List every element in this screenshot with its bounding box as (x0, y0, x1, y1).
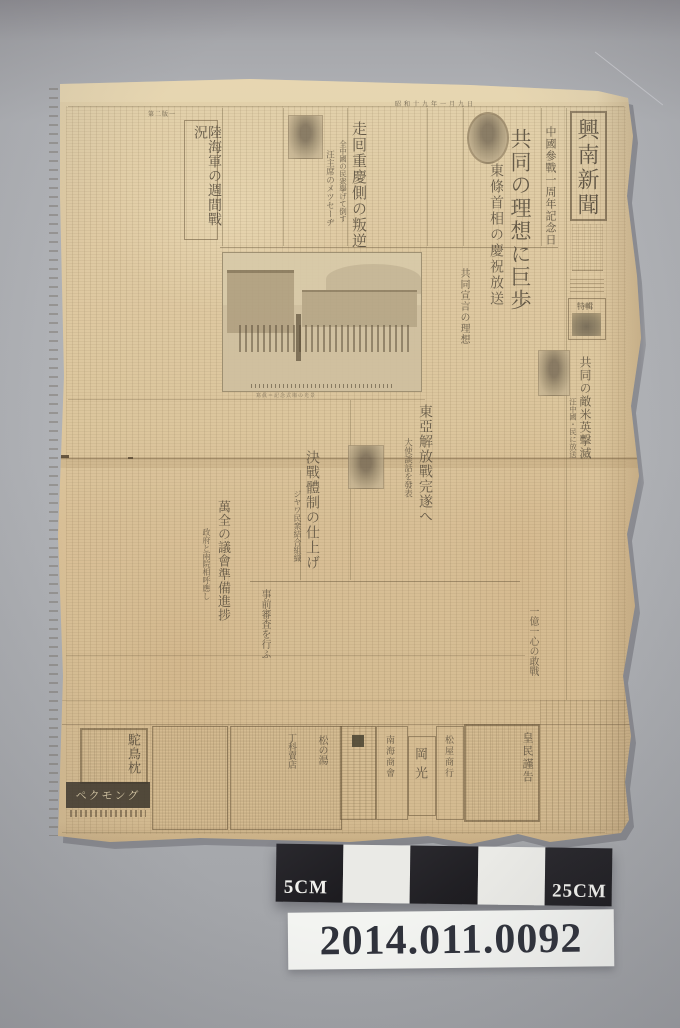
ads-bottom-rule (62, 832, 605, 833)
headline-slogan: 一億一心の敢戰 (527, 606, 537, 676)
section-rule (250, 581, 520, 582)
headline-prior-review: 事前審査を行ふ (259, 589, 269, 659)
photo-building-right (302, 290, 417, 327)
column-rule (541, 108, 542, 246)
scale-bar: 5CM 25CM (276, 844, 613, 907)
headline-east-asia-sub: 大使談話を發表 (404, 438, 413, 498)
ad-box-plain (152, 726, 228, 830)
fold-speck (60, 455, 69, 458)
ad-matsuya-text: 松屋商行 (444, 735, 453, 779)
ad-logo-box (340, 726, 376, 820)
masthead-box: 興南新聞 (570, 111, 607, 221)
scale-bar-segment-white (343, 845, 411, 904)
ad-komin-text: 皇民謹告 (521, 732, 532, 784)
ad-ostrich-pillow: 駝鳥枕 (80, 728, 148, 784)
headline-east-asia: 東亞解放戰完遂へ (417, 404, 431, 524)
accession-number: 2014.011.0092 (319, 914, 582, 965)
headline-deck: 東條首相の慶祝放送 (488, 163, 502, 307)
sidebar-ad-box: 特輯 (568, 298, 606, 340)
ad-shop-text: 丁科賣店 (287, 733, 296, 769)
headline-chongqing: 走囘重慶側の叛逆 (350, 121, 365, 249)
scale-bar-segment-black (410, 846, 478, 905)
photo-central-figure (296, 314, 301, 361)
ad-oka-hikari-text: 岡光 (414, 747, 427, 785)
museum-photo-scene: 第二版一 昭和十九年一月九日 興南新聞 特輯 寫眞＝記念式塲の光景 中國 (0, 0, 680, 1028)
headline-diet-prep-sub: 政府と兩院相呼應し (202, 528, 210, 600)
sidebar-ad-image (572, 313, 601, 336)
accession-label: 2014.011.0092 (288, 909, 615, 969)
masthead-title: 興南新聞 (576, 118, 598, 218)
photo-caption-dashes (251, 384, 394, 388)
newspaper-photo (222, 252, 422, 392)
masthead-sub-block (572, 224, 603, 271)
portrait-photo (288, 115, 323, 159)
headline-common-enemy-sub: 汪中國・民に放送 (569, 398, 577, 458)
column-rule (222, 108, 223, 246)
ad-dark-box-footer (70, 810, 146, 817)
headline-chongqing-sub1: 全中國の民衆擧げて倒す (339, 140, 347, 223)
war-report-box: 陸海軍の週間戰況 (184, 120, 218, 240)
column-rule (350, 400, 351, 580)
headline-kicker: 中國參戰一周年記念日 (544, 126, 555, 246)
fold-speck (128, 457, 133, 459)
ad-matsuya: 松屋商行 (436, 726, 464, 820)
ad-oka-hikari: 岡光 (408, 736, 436, 816)
fold-crease-shadow (50, 460, 642, 468)
scale-bar-left-label: 5CM (284, 877, 328, 900)
headline-main: 共同の理想に巨歩 (509, 128, 530, 312)
issue-label: 第二版一 (148, 109, 176, 118)
date-line: 昭和十九年一月九日 (395, 99, 476, 108)
headline-common-enemy: 共同の敵米英擊滅 (579, 356, 591, 460)
photo-building-left (227, 270, 294, 334)
spine-perforation (49, 88, 58, 836)
portrait-photo (538, 350, 570, 396)
masthead-table-block (570, 276, 604, 292)
ad-dark-box: ペクモング (66, 782, 150, 808)
section-rule (68, 399, 425, 400)
ad-bathhouse-text: 松の湯 (316, 735, 326, 765)
ad-trading-co: 南海商會 (376, 726, 408, 820)
column-rule (427, 108, 428, 246)
headline-kessen-sub: ジヤワ民衆結合組織 (293, 490, 301, 562)
photo-crowd-row (239, 325, 413, 353)
scale-bar-segment-white (477, 846, 545, 905)
ad-trading-co-text: 南海商會 (385, 735, 394, 779)
column-rule (283, 108, 284, 246)
classified-columns (540, 700, 630, 830)
headline-chongqing-sub2: 汪主席のメツセーヂ (326, 150, 335, 227)
column-rule (566, 108, 567, 700)
ad-komin: 皇民謹告 (464, 724, 540, 822)
ad-dark-box-text: ペクモング (76, 787, 141, 803)
portrait-photo (348, 445, 384, 489)
photo-caption: 寫眞＝記念式塲の光景 (256, 392, 316, 399)
section-rule (66, 655, 525, 656)
headline-war-report: 陸海軍の週間戰況 (192, 125, 220, 239)
headline-joint-declaration: 共同宣言の理想 (458, 268, 468, 345)
scale-bar-right-label: 25CM (552, 881, 607, 904)
sidebar-ad-label: 特輯 (577, 301, 593, 312)
section-rule (68, 106, 624, 107)
ad-box-shops: 松の湯 丁科賣店 (230, 726, 342, 830)
headline-diet-prep: 萬全の議會準備進捗 (217, 500, 230, 622)
column-rule (463, 108, 464, 246)
medallion-portrait (467, 112, 509, 164)
ad-ostrich-pillow-text: 駝鳥枕 (127, 733, 140, 775)
newspaper-page: 第二版一 昭和十九年一月九日 興南新聞 特輯 寫眞＝記念式塲の光景 中國 (50, 76, 642, 848)
ad-logo-mark (352, 735, 364, 747)
paper-top-margin (50, 76, 642, 102)
headline-kessen: 決戰體制の仕上げ (304, 450, 318, 570)
